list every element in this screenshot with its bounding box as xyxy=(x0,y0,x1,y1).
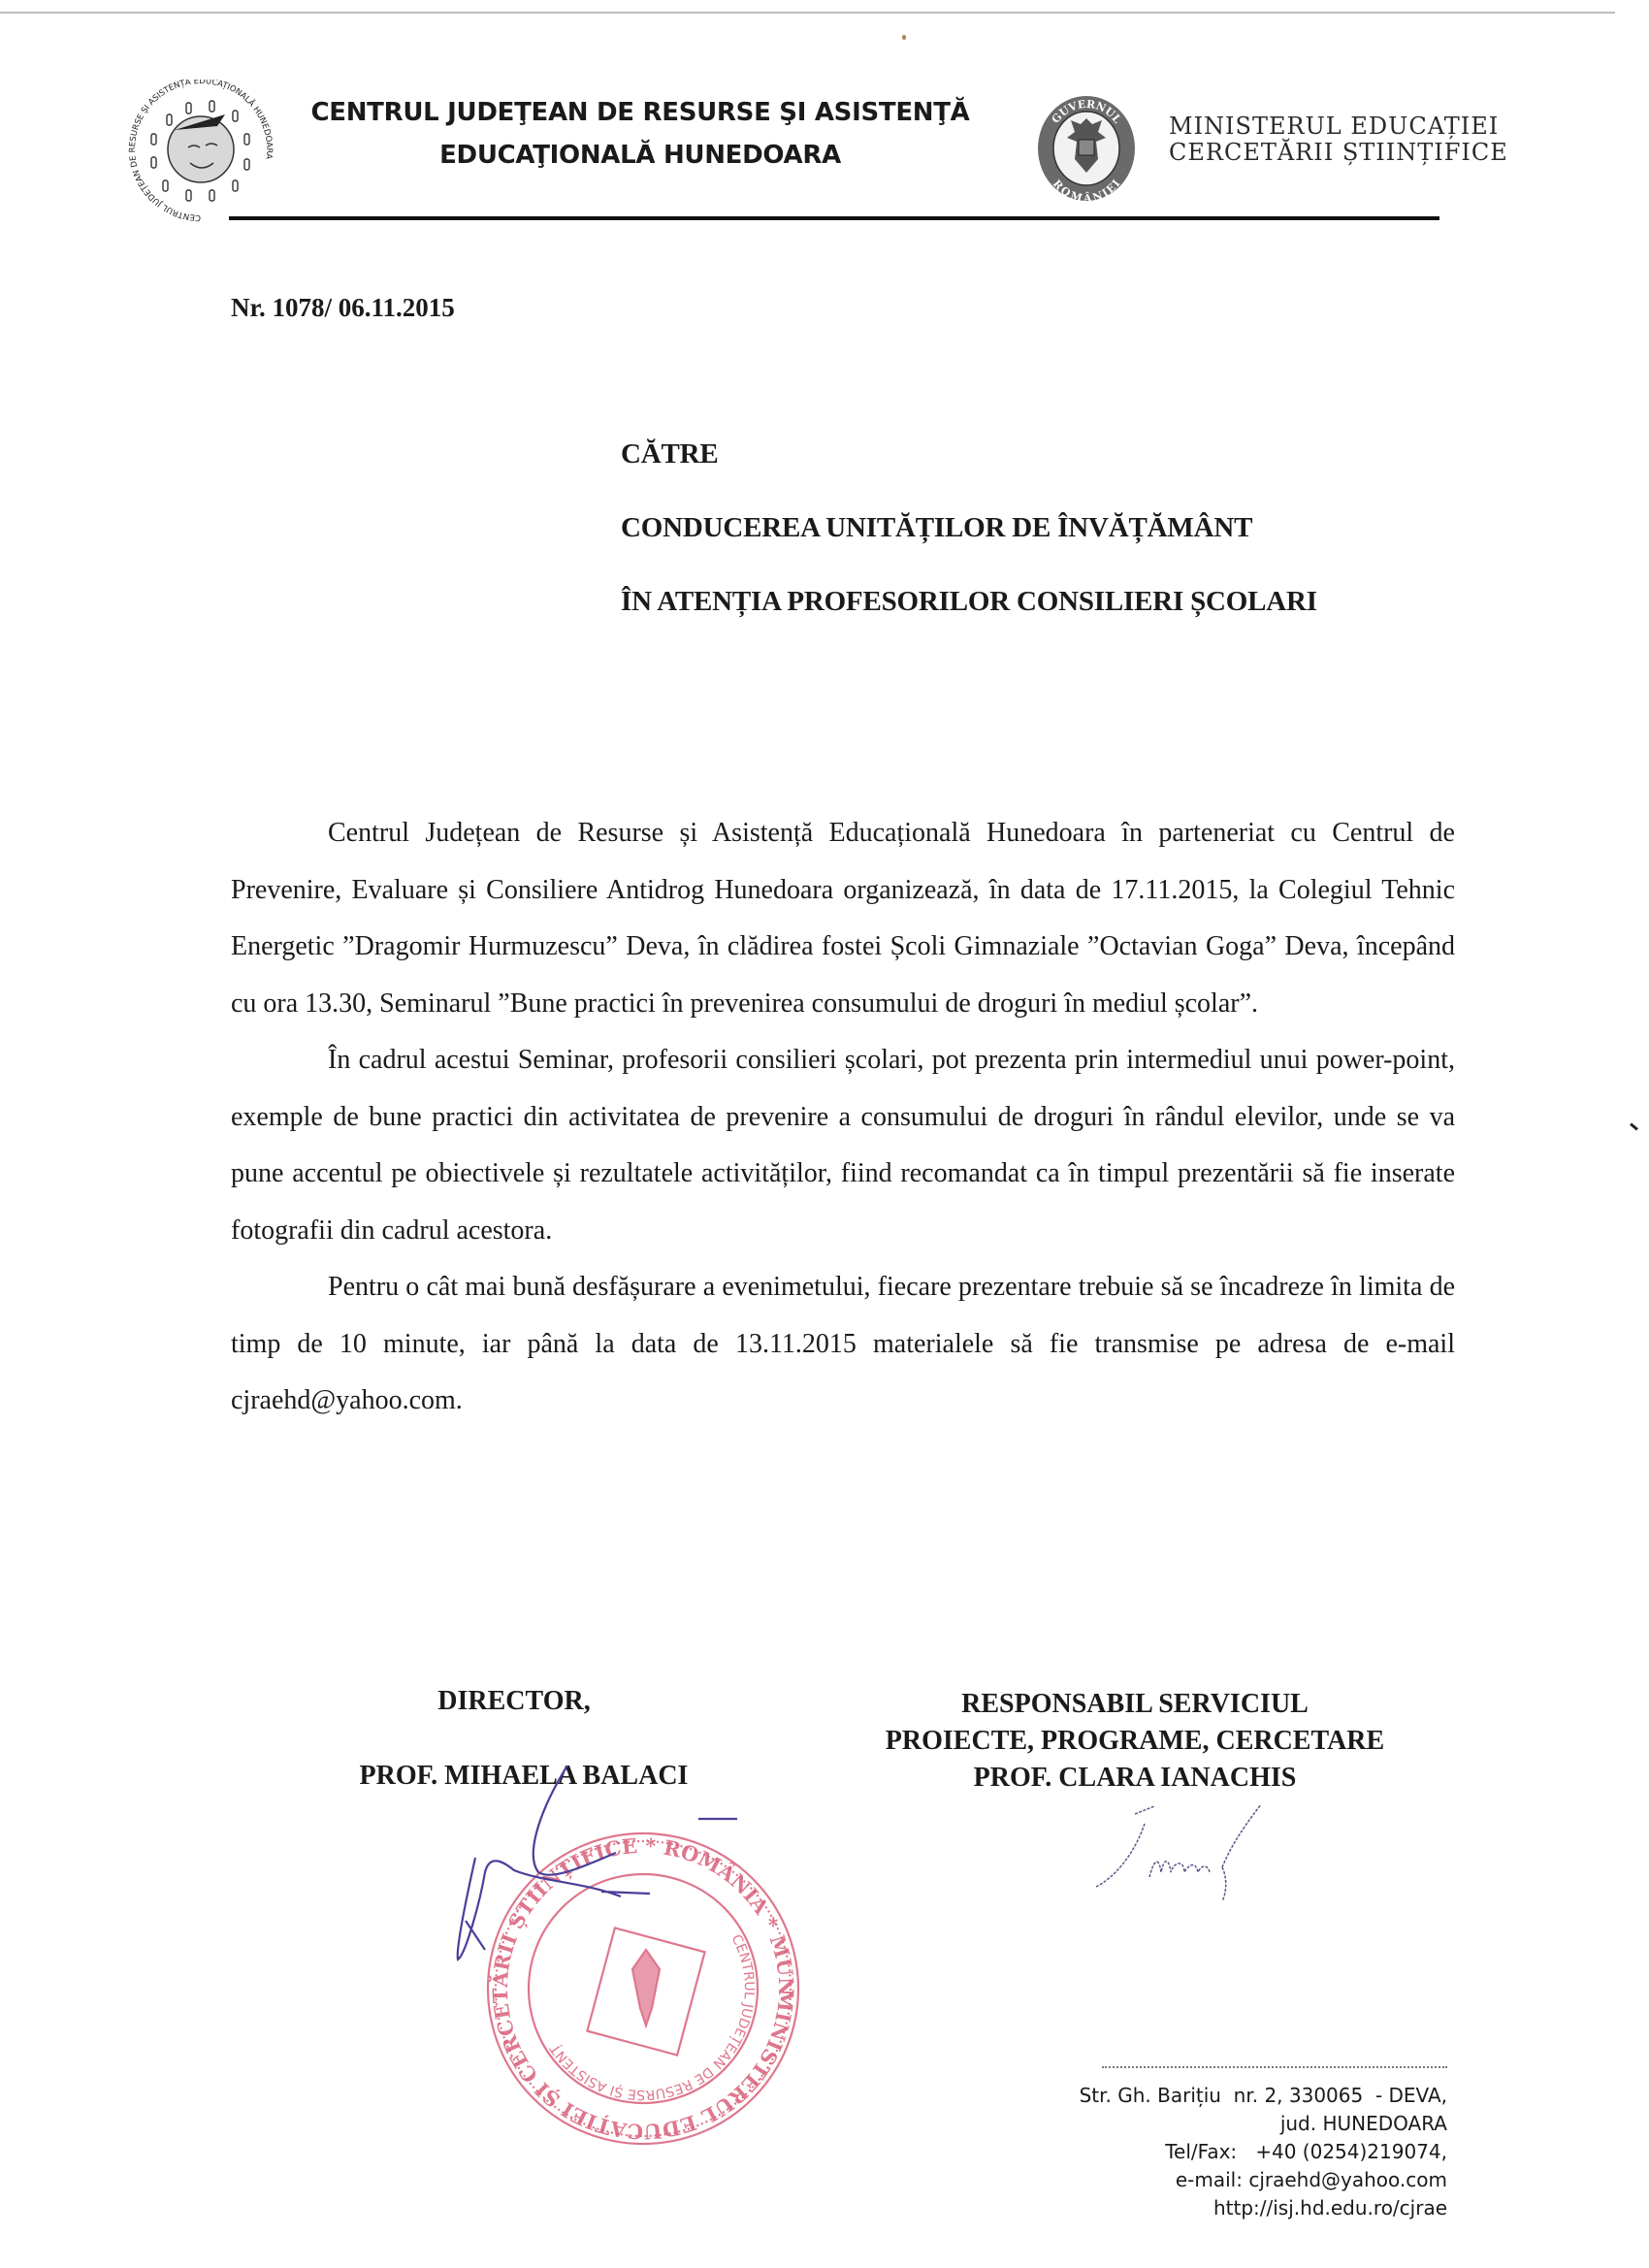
institution-title-line2: EDUCAŢIONALĂ HUNEDOARA xyxy=(291,134,989,177)
ministry-line1: MINISTERUL EDUCAȚIEI xyxy=(1169,113,1508,140)
body-paragraph: Pentru o cât mai bună desfășurare a even… xyxy=(231,1259,1455,1430)
contact-footer: Str. Gh. Barițiu nr. 2, 330065 - DEVA, j… xyxy=(980,2082,1447,2222)
institution-title: CENTRUL JUDEŢEAN DE RESURSE ŞI ASISTENŢĂ… xyxy=(291,91,989,177)
footer-email[interactable]: e-mail: cjraehd@yahoo.com xyxy=(980,2166,1447,2194)
footer-divider xyxy=(1102,2066,1447,2068)
letter-body: Centrul Județean de Resurse și Asistență… xyxy=(231,805,1455,1430)
ministry-line2: CERCETĂRII ȘTIINȚIFICE xyxy=(1169,140,1508,166)
responsible-signature-icon xyxy=(1077,1795,1290,1901)
body-paragraph: Centrul Județean de Resurse și Asistență… xyxy=(231,805,1455,1032)
director-title: DIRECTOR, xyxy=(369,1686,660,1717)
footer-website[interactable]: http://isj.hd.edu.ro/cjrae xyxy=(980,2194,1447,2222)
scan-mark xyxy=(1630,1122,1638,1130)
footer-address: Str. Gh. Barițiu nr. 2, 330065 - DEVA, xyxy=(980,2082,1447,2110)
responsible-title-line2: PROIECTE, PROGRAME, CERCETARE xyxy=(805,1723,1465,1760)
director-signature-icon xyxy=(446,1766,766,1969)
document-number: Nr. 1078/ 06.11.2015 xyxy=(231,293,455,323)
responsible-title-line1: RESPONSABIL SERVICIUL xyxy=(805,1686,1465,1723)
responsible-block: RESPONSABIL SERVICIUL PROIECTE, PROGRAME… xyxy=(805,1686,1465,1797)
footer-county: jud. HUNEDOARA xyxy=(980,2110,1447,2138)
addressee-to: CĂTRE xyxy=(621,438,719,470)
body-paragraph: În cadrul acestui Seminar, profesorii co… xyxy=(231,1032,1455,1259)
government-seal-icon: GUVERNUL ROMÂNIEI xyxy=(1036,95,1137,202)
cjrae-logo-icon: CENTRUL JUDEȚEAN DE RESURSE ȘI ASISTENȚĂ… xyxy=(109,80,293,225)
responsible-name: PROF. CLARA IANACHIS xyxy=(805,1760,1465,1797)
addressee-recipient: CONDUCEREA UNITĂȚILOR DE ÎNVĂȚĂMÂNT xyxy=(621,512,1252,544)
institution-title-line1: CENTRUL JUDEŢEAN DE RESURSE ŞI ASISTENŢĂ xyxy=(291,91,989,134)
addressee-attention: ÎN ATENȚIA PROFESORILOR CONSILIERI ȘCOLA… xyxy=(621,586,1317,618)
ministry-name: MINISTERUL EDUCAȚIEI CERCETĂRII ȘTIINȚIF… xyxy=(1169,113,1508,166)
footer-phone: Tel/Fax: +40 (0254)219074, xyxy=(980,2138,1447,2166)
scan-edge-line xyxy=(0,12,1615,14)
header-divider xyxy=(229,216,1439,220)
scan-speck xyxy=(902,35,906,40)
